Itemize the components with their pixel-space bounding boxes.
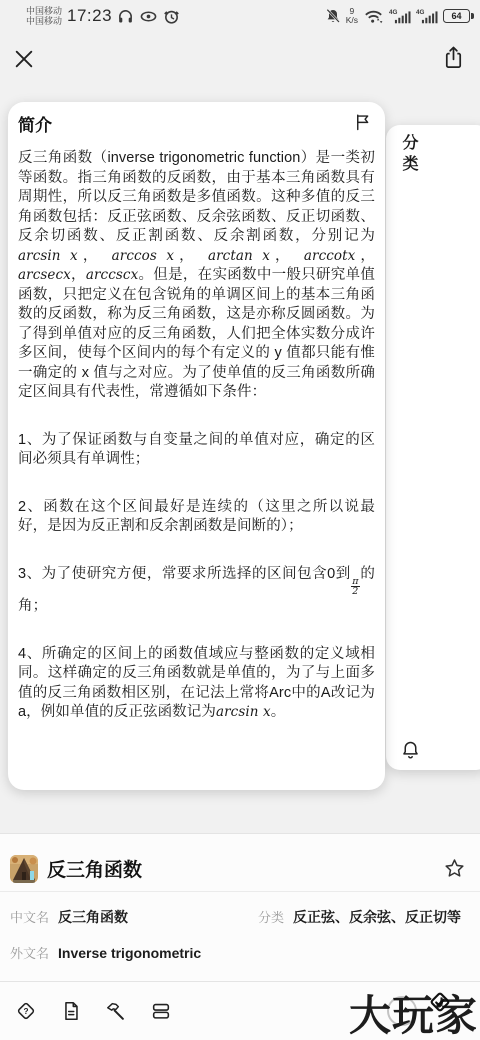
carrier-name: 中国移动 中国移动: [26, 6, 62, 26]
field-category: 分类 反正弦、反余弦、反正切等: [258, 907, 461, 927]
svg-text:?: ?: [23, 1007, 28, 1016]
intro-p1-lead: 反三角函数（inverse trigonometric function）是一类…: [18, 150, 375, 244]
status-bar: 中国移动 中国移动 17:23 9 K/s 4G 4G 64: [0, 0, 480, 32]
math-arctan: arctan x: [208, 248, 270, 264]
field-value: 反正弦、反余弦、反正切等: [293, 907, 461, 927]
math-arccsc: arccscx: [86, 267, 138, 283]
entry-thumbnail: [10, 855, 38, 883]
field-label: 外文名: [10, 943, 49, 962]
watermark-text: 大玩家: [349, 994, 478, 1038]
carrier-line-2: 中国移动: [26, 16, 62, 26]
star-icon[interactable]: [443, 857, 466, 880]
close-icon[interactable]: [13, 48, 35, 70]
network-speed-unit: K/s: [346, 16, 358, 25]
tab-category[interactable]: 分类: [386, 125, 480, 770]
field-foreign-name: 外文名 Inverse trigonometric: [10, 943, 258, 962]
intro-card: 简介 反三角函数（inverse trigonometric function）…: [8, 102, 385, 790]
entry-fields: 中文名 反三角函数 分类 反正弦、反余弦、反正切等 外文名 Inverse tr…: [0, 892, 480, 978]
status-time: 17:23: [67, 6, 112, 26]
field-value: 反三角函数: [58, 907, 128, 927]
math-arccot: arccotx: [304, 248, 356, 264]
math-arcsec: arcsecx: [18, 267, 71, 283]
alarm-clock-icon: [163, 8, 180, 25]
nav-bar: [0, 40, 480, 84]
cards-icon[interactable]: [150, 1000, 172, 1022]
intro-card-title: 简介: [18, 111, 375, 136]
field-chinese-name: 中文名 反三角函数: [10, 907, 258, 927]
fraction-pi-over-2: π2: [351, 577, 360, 598]
battery-icon: 64: [443, 9, 470, 23]
math-arccos: arccos x: [112, 248, 174, 264]
tab-category-label: 分类: [397, 134, 420, 176]
headphones-icon: [117, 8, 134, 25]
intro-paragraph: 反三角函数（inverse trigonometric function）是一类…: [18, 149, 375, 403]
entry-panel: 反三角函数 中文名 反三角函数 分类 反正弦、反余弦、反正切等 外文名 Inve…: [0, 833, 480, 1040]
intro-card-body: 反三角函数（inverse trigonometric function）是一类…: [18, 149, 375, 723]
math-arcsin: arcsin x: [18, 248, 78, 264]
field-value: Inverse trigonometric: [58, 945, 201, 961]
muted-bell-icon: [325, 8, 341, 24]
math-arcsin-single: arcsin x: [216, 704, 271, 720]
net-badge-1-glyph: 4G: [389, 8, 398, 15]
field-label: 分类: [258, 907, 284, 926]
flag-icon[interactable]: [353, 112, 372, 132]
document-icon[interactable]: [60, 1000, 82, 1022]
share-icon[interactable]: [442, 45, 465, 70]
help-icon[interactable]: ?: [15, 1000, 37, 1022]
list-item-1: 1、为了保证函数与自变量之间的单值对应，确定的区间必须具有单调性；: [18, 431, 375, 470]
signal-bars-icon-1: 4G: [389, 8, 411, 25]
bell-icon[interactable]: [400, 739, 421, 760]
entry-header: 反三角函数: [0, 834, 480, 892]
carrier-line-1: 中国移动: [26, 6, 62, 16]
intro-p1-tail: 。但是，在实函数中一般只研究单值函数，只把定义在包含锐角的单调区间上的基本三角函…: [18, 267, 375, 400]
wifi-icon: [363, 8, 384, 25]
list-item-4: 4、所确定的区间上的函数值域应与整函数的定义域相同。这样确定的反三角函数就是单值…: [18, 645, 375, 723]
net-badge-2-glyph: 4G: [416, 8, 425, 15]
signal-bars-icon-2: 4G: [416, 8, 438, 25]
eye-icon: [139, 8, 158, 25]
field-label: 中文名: [10, 907, 49, 926]
list-item-2: 2、函数在这个区间最好是连续的（这里之所以说最好，是因为反正割和反余割函数是间断…: [18, 498, 375, 537]
hammer-icon[interactable]: [105, 1000, 127, 1022]
battery-level: 64: [451, 11, 461, 21]
network-speed: 9 K/s: [346, 7, 358, 25]
entry-title: 反三角函数: [47, 855, 443, 882]
list-item-3: 3、为了使研究方便，常要求所选择的区间包含0到π2的角；: [18, 565, 375, 617]
